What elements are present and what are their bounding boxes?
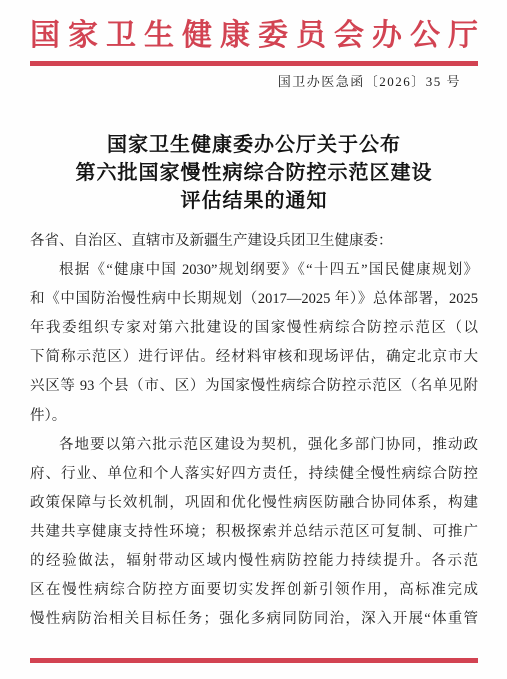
document-reference-number: 国卫办医急函〔2026〕35 号 bbox=[278, 73, 461, 91]
document-body: 各省、自治区、直辖市及新疆生产建设兵团卫生健康委： 根据《“健康中国 2030”… bbox=[30, 227, 478, 634]
body-line: 年我委组织专家对第六批建设的国家慢性病综合防控示范区（以 bbox=[30, 314, 478, 343]
body-line: 共建共享健康支持性环境；积极探索并总结示范区可复制、可推广 bbox=[30, 518, 478, 547]
body-line: 政策保障与长效机制，巩固和优化慢性病医防融合协同体系，构建 bbox=[30, 489, 478, 518]
footer-double-rule bbox=[30, 658, 478, 663]
official-document-page: 国家卫生健康委员会办公厅 国卫办医急函〔2026〕35 号 国家卫生健康委办公厅… bbox=[0, 0, 507, 679]
body-line: 下简称示范区）进行评估。经材料审核和现场评估，确定北京市大 bbox=[30, 343, 478, 372]
body-line: 府、行业、单位和个人落实好四方责任，持续健全慢性病综合防控 bbox=[30, 460, 478, 489]
body-line: 慢性病防治相关目标任务；强化多病同防同治，深入开展“体重管 bbox=[30, 605, 478, 634]
body-line: 各地要以第六批示范区建设为契机，强化多部门协同，推动政 bbox=[30, 431, 478, 460]
letterhead-double-rule bbox=[30, 61, 478, 66]
title-line-1: 国家卫生健康委办公厅关于公布 bbox=[30, 131, 478, 159]
letterhead-agency-name: 国家卫生健康委员会办公厅 bbox=[30, 15, 478, 57]
document-title: 国家卫生健康委办公厅关于公布 第六批国家慢性病综合防控示范区建设 评估结果的通知 bbox=[30, 131, 478, 215]
body-line: 区在慢性病综合防控方面要切实发挥创新引领作用，高标准完成 bbox=[30, 576, 478, 605]
title-line-2: 第六批国家慢性病综合防控示范区建设 bbox=[30, 159, 478, 187]
salutation-line: 各省、自治区、直辖市及新疆生产建设兵团卫生健康委： bbox=[30, 227, 478, 256]
title-line-3: 评估结果的通知 bbox=[30, 187, 478, 215]
body-line: 的经验做法，辐射带动区域内慢性病防控能力持续提升。各示范 bbox=[30, 547, 478, 576]
body-line: 件）。 bbox=[30, 402, 478, 431]
body-line: 兴区等 93 个县（市、区）为国家慢性病综合防控示范区（名单见附 bbox=[30, 372, 478, 401]
body-line: 根据《“健康中国 2030”规划纲要》《“十四五”国民健康规划》 bbox=[30, 256, 478, 285]
body-line: 和《中国防治慢性病中长期规划（2017—2025 年）》总体部署，2025 bbox=[30, 285, 478, 314]
